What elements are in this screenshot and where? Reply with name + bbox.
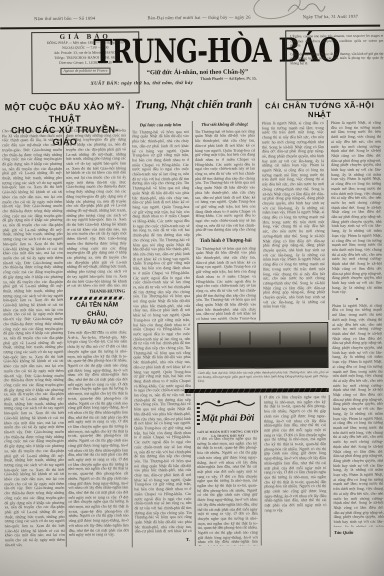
section-thick-rule: [185, 388, 329, 393]
header-rule: [0, 25, 380, 30]
japan-article-body: Phàm là người Nhật, ai cũng đều có lòng …: [331, 121, 382, 295]
war-subhead-summary: Đại lược của mấy hôm: [132, 123, 189, 128]
life-section-header: Mặt phải Đời: [197, 395, 259, 429]
section-rule: [258, 99, 261, 321]
publication-schedule: XUẤT BẢN: ngày thứ ba, thứ năm, thứ bảy: [91, 81, 194, 87]
article-separator: [70, 296, 124, 299]
masthead-title: TRUNG-HÒA BÁO: [93, 32, 287, 71]
life-article-body: Ở đời có lắm chuyện nghe qua thì tưởng l…: [197, 437, 258, 546]
masthead-motto: “Giữ đức Ái-nhân, noi theo Chân-lý”: [102, 68, 292, 76]
paragraph-ornament: ■: [332, 297, 382, 302]
war-article-body: Tin Thượng-hải về hôm qua nói rằng quân …: [195, 128, 256, 237]
life-article-body: Ở đời có lắm chuyện nghe qua thì tưởng l…: [264, 395, 327, 512]
japan-article-body: Phàm là người Nhật, ai cũng đều có lòng …: [332, 302, 384, 527]
war-subhead-letter: Thư viết không đề chẳng!: [195, 123, 255, 128]
epigraph-box: L'Église, comme une mère très aimante, v…: [285, 30, 384, 101]
newspaper-sheet: Năm thứ mười bốn — Số 1094 Bảo-Đại năm t…: [0, 0, 384, 576]
handwriting-scribble: [286, 0, 326, 15]
life-article-col2: Ở đời có lắm chuyện nghe qua thì tưởng l…: [264, 395, 327, 545]
headline-war: Trung, Nhật chiến tranh: [131, 99, 257, 112]
headline-continents-line1: CÁI TÊN NĂM CHÂU,: [66, 301, 128, 318]
life-article-col1: Ở đời có lắm chuyện nghe qua thì tưởng l…: [197, 437, 258, 546]
headline-japan-ornament: ■: [259, 113, 381, 119]
war-photo-caption: Cảnh đây, hơn đại-bác Nhật bắn vào một p…: [198, 370, 329, 384]
mission-article-signature: THANH-HƯƠNG: [67, 288, 125, 293]
mission-article-body: Đức Giáo-hoàng muốn cho thiên-hạ được tr…: [2, 147, 65, 547]
mission-article-col1: Cho tới lúc tuổi già, Đức Giáo-hoàng Pie…: [2, 129, 65, 546]
japan-article-col2: Phàm là người Nhật, ai cũng đều có lòng …: [331, 121, 384, 527]
life-section-title: Mặt phải Đời: [197, 414, 259, 424]
war-article-col1: Đại lược của mấy hôm Tin Thượng-hải về h…: [132, 121, 192, 533]
life-side-ornament: [197, 401, 200, 425]
column-rule: [329, 395, 331, 537]
life-floral-ornament: [199, 399, 257, 408]
headline-continents-line2: TỰ ĐÂU MÀ CÓ?: [66, 318, 128, 327]
continents-article-col: Trên mặt địa-cầu chia ra năm châu: Á-tế-…: [67, 330, 129, 546]
folio-center: Bảo-Đại năm thứ mười hai — tháng bảy — n…: [147, 15, 250, 21]
column-rule: [327, 120, 329, 320]
mission-article-body: Đức Giáo-hoàng muốn cho thiên-hạ được tr…: [66, 128, 127, 286]
war-subhead-shanghai: Tình hình ở Thượng-hải: [196, 239, 256, 244]
war-article-body: Tin Thượng-hải về hôm qua nói rằng quân …: [196, 245, 257, 320]
war-article-body: Tin Thượng-hải về hôm qua nói rằng quân …: [132, 129, 192, 534]
newspaper-page: Năm thứ mười bốn — Số 1094 Bảo-Đại năm t…: [0, 0, 384, 576]
epigraph-vietnamese: Giáo hội như một người mẹ rất yêu thương…: [290, 51, 383, 65]
japan-article-col1: Phàm là người Nhật, ai cũng đều có lòng …: [262, 121, 325, 319]
japan-article-signature: Tản Quân: [304, 530, 384, 536]
mission-article-col2: Đức Giáo-hoàng muốn cho thiên-hạ được tr…: [66, 128, 127, 286]
continents-article-body: Ở đời có lắm chuyện nghe qua thì tưởng l…: [67, 344, 128, 538]
war-photo: [197, 322, 328, 369]
folio-left: Năm thứ mười bốn — Số 1094: [34, 16, 95, 21]
japan-article-body: Phàm là người Nhật, ai cũng đều có lòng …: [262, 121, 325, 309]
war-article-signature: T.: [135, 537, 190, 542]
section-rule: [260, 396, 262, 546]
epigraph-french: L'Église, comme une mère très aimante, v…: [290, 34, 383, 48]
war-article-col2: Thư viết không đề chẳng! Tin Thượng-hải …: [195, 121, 256, 320]
headline-mission-line1: MỘT CUỘC ĐẤU XẢO MỸ-THUẬT: [1, 101, 129, 125]
